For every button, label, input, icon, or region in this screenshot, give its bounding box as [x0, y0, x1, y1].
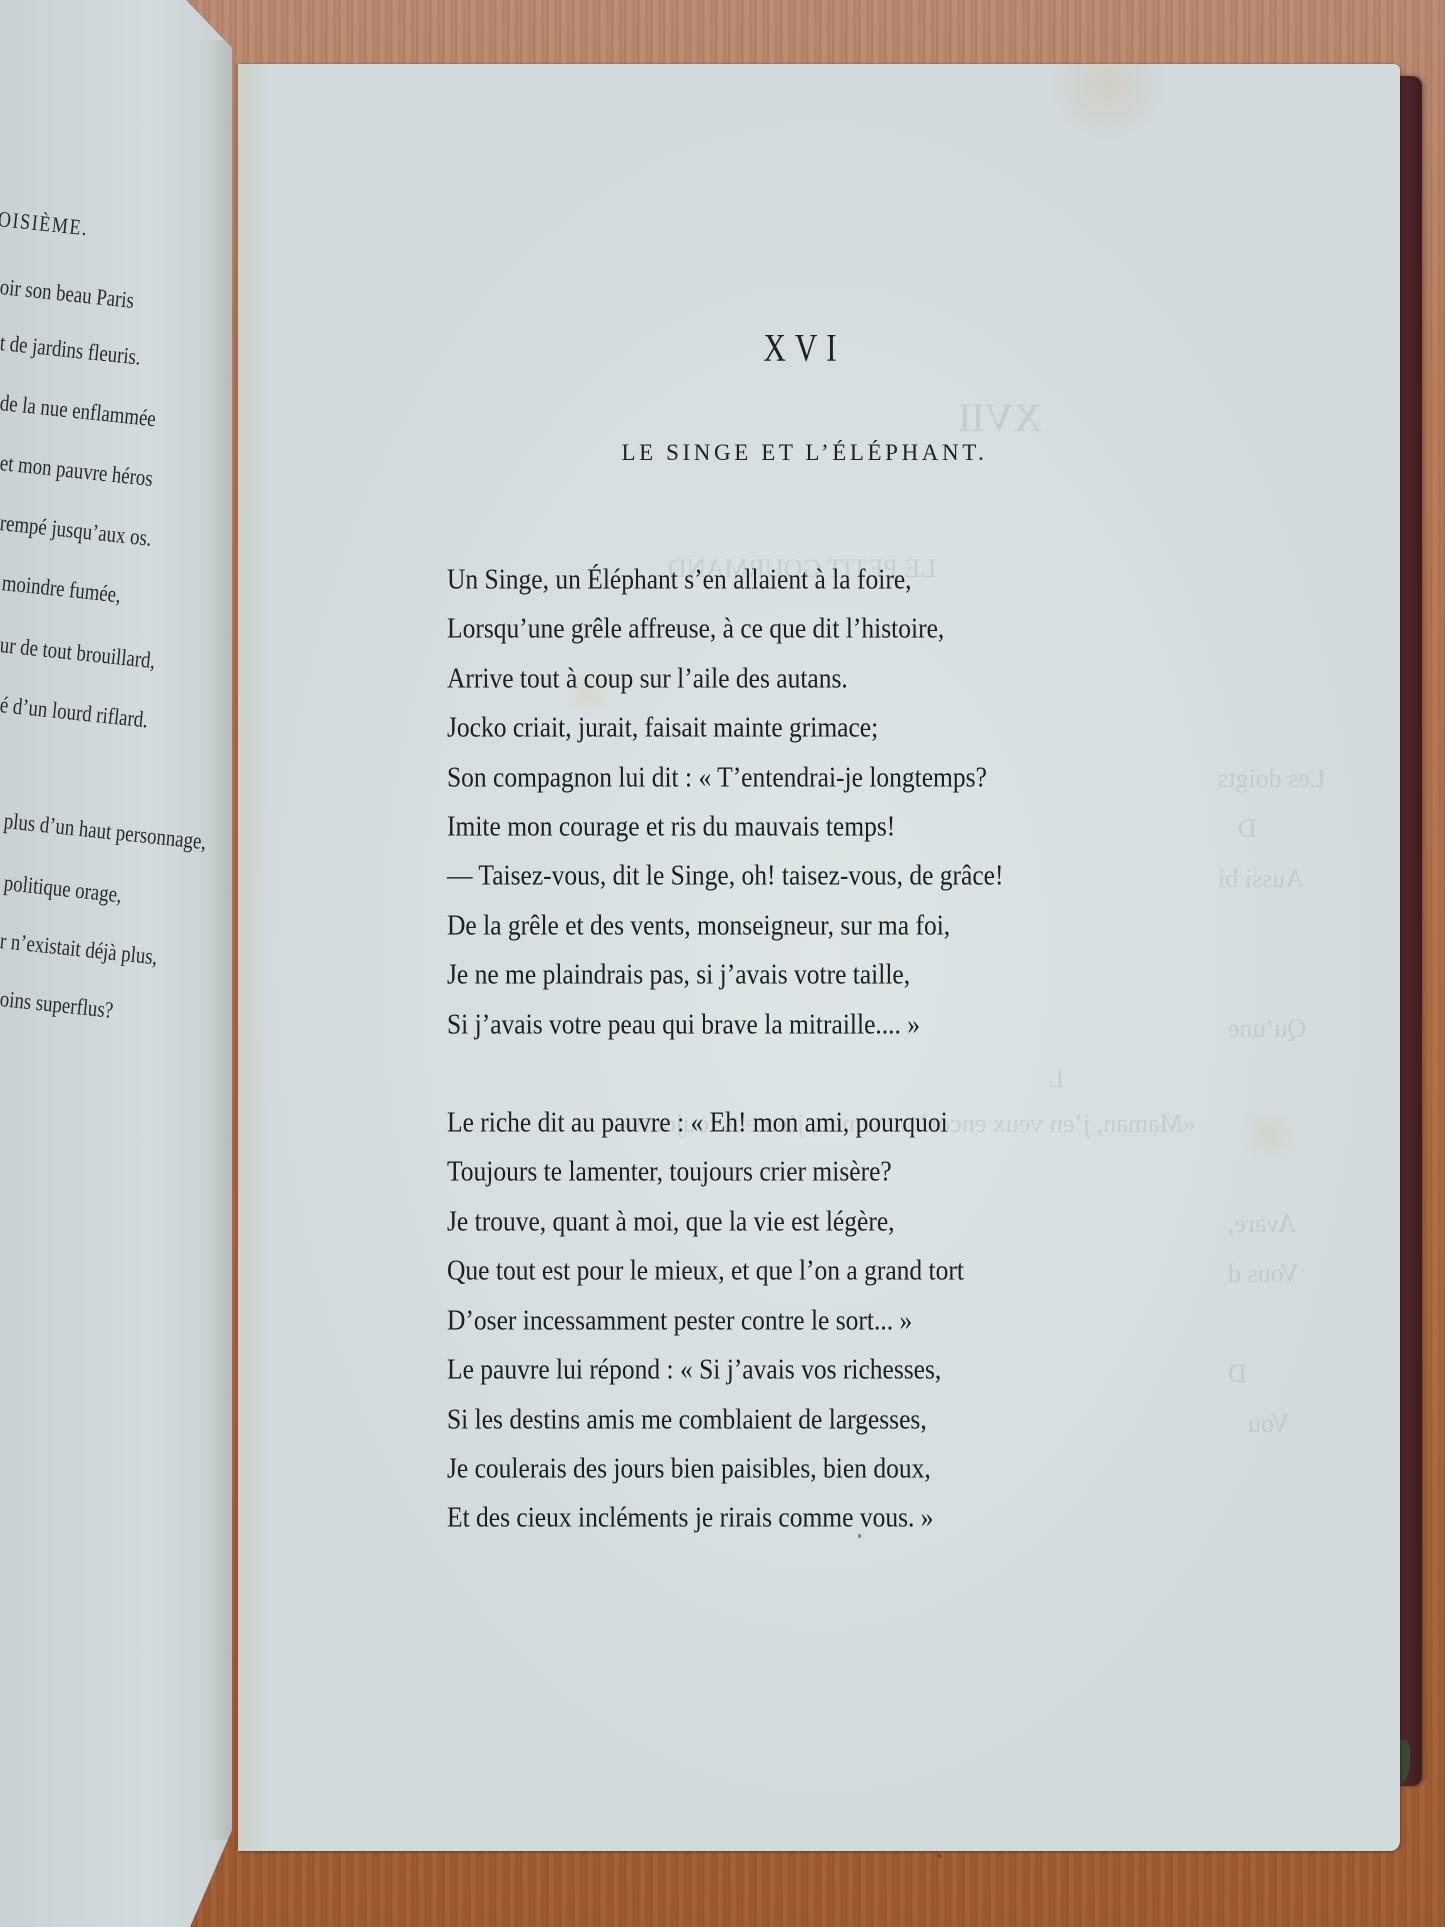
stanza-1: Un Singe, un Éléphant s’en allaient à la… — [447, 555, 1003, 1049]
bleed-through-text: Vou — [1248, 1409, 1289, 1439]
verse-line: — Taisez-vous, dit le Singe, oh! taisez-… — [447, 848, 1003, 903]
bleed-through-text: D — [1228, 1359, 1247, 1389]
verse-line: Jocko criait, jurait, faisait mainte gri… — [447, 700, 1003, 755]
bleed-through-text: D — [1238, 814, 1257, 844]
running-head-fragment: OISIÈME. — [0, 206, 90, 241]
bleed-through-text: Aussi bi — [1218, 864, 1304, 894]
left-verse-fragment: é d’un lourd riflard. — [0, 692, 149, 733]
bleed-through-text: Les doigts — [1218, 764, 1326, 794]
verse-line: Si les destins amis me comblaient de lar… — [447, 1391, 1003, 1446]
left-verse-fragment: t de jardins fleuris. — [0, 330, 142, 371]
left-verse-fragment: ur de tout brouillard, — [0, 632, 157, 674]
left-verse-fragment: oins superflus? — [0, 986, 114, 1024]
verse-line: Le pauvre lui répond : « Si j’avais vos … — [447, 1342, 1003, 1397]
verse-line: De la grêle et des vents, monseigneur, s… — [447, 897, 1003, 952]
chapter-number: XVI — [82, 326, 1445, 371]
left-verse-fragment: politique orage, — [3, 870, 123, 908]
stanza-2: Le riche dit au pauvre : « Eh! mon ami, … — [447, 1098, 1003, 1543]
left-page-text: OISIÈME. oir son beau Paris t de jardins… — [0, 0, 240, 1927]
bleed-through-text: Avare, — [1228, 1209, 1296, 1239]
verse-line: Arrive tout à coup sur l’aile des autans… — [447, 650, 1003, 705]
left-verse-fragment: moindre fumée, — [1, 570, 122, 608]
left-verse-fragment: r n’existait déjà plus, — [0, 928, 159, 970]
bleed-through-text: L — [1048, 1064, 1064, 1094]
verse-line: Et des cieux incléments je rirais comme … — [447, 1490, 1003, 1545]
verse-line: Je coulerais des jours bien paisibles, b… — [447, 1440, 1003, 1495]
verse-line: Je ne me plaindrais pas, si j’avais votr… — [447, 947, 1003, 1002]
left-verse-fragment: rempé jusqu’aux os. — [0, 510, 153, 552]
fable-title: LE SINGE ET L’ÉLÉPHANT. — [82, 440, 1445, 466]
poem-body: Un Singe, un Éléphant s’en allaient à la… — [447, 555, 1003, 1543]
bleed-through-text: XVII — [958, 394, 1042, 441]
verse-line: Imite mon courage et ris du mauvais temp… — [447, 798, 1003, 853]
verse-line: Lorsqu’une grêle affreuse, à ce que dit … — [447, 601, 1003, 656]
bleed-through-text: Qu’une — [1228, 1014, 1306, 1044]
paper-speck — [938, 1854, 941, 1858]
verse-line: Je trouve, quant à moi, que la vie est l… — [447, 1193, 1003, 1248]
left-verse-fragment: oir son beau Paris — [0, 274, 135, 314]
verse-line: Que tout est pour le mieux, et que l’on … — [447, 1243, 1003, 1298]
verse-line: Si j’avais votre peau qui brave la mitra… — [447, 996, 1003, 1051]
left-page: OISIÈME. oir son beau Paris t de jardins… — [0, 0, 246, 1927]
verse-line: Son compagnon lui dit : « T’entendrai-je… — [447, 749, 1003, 804]
left-verse-fragment: et mon pauvre héros — [0, 450, 154, 492]
left-verse-fragment: de la nue enflammée — [0, 390, 157, 432]
bleed-through-text: Vous d — [1228, 1259, 1299, 1289]
verse-line: Toujours te lamenter, toujours crier mis… — [447, 1144, 1003, 1199]
verse-line: Le riche dit au pauvre : « Eh! mon ami, … — [447, 1095, 1003, 1150]
verse-line: Un Singe, un Éléphant s’en allaient à la… — [447, 551, 1003, 606]
left-verse-fragment: plus d’un haut personnage, — [3, 808, 208, 855]
verse-line: D’oser incessamment pester contre le sor… — [447, 1292, 1003, 1347]
